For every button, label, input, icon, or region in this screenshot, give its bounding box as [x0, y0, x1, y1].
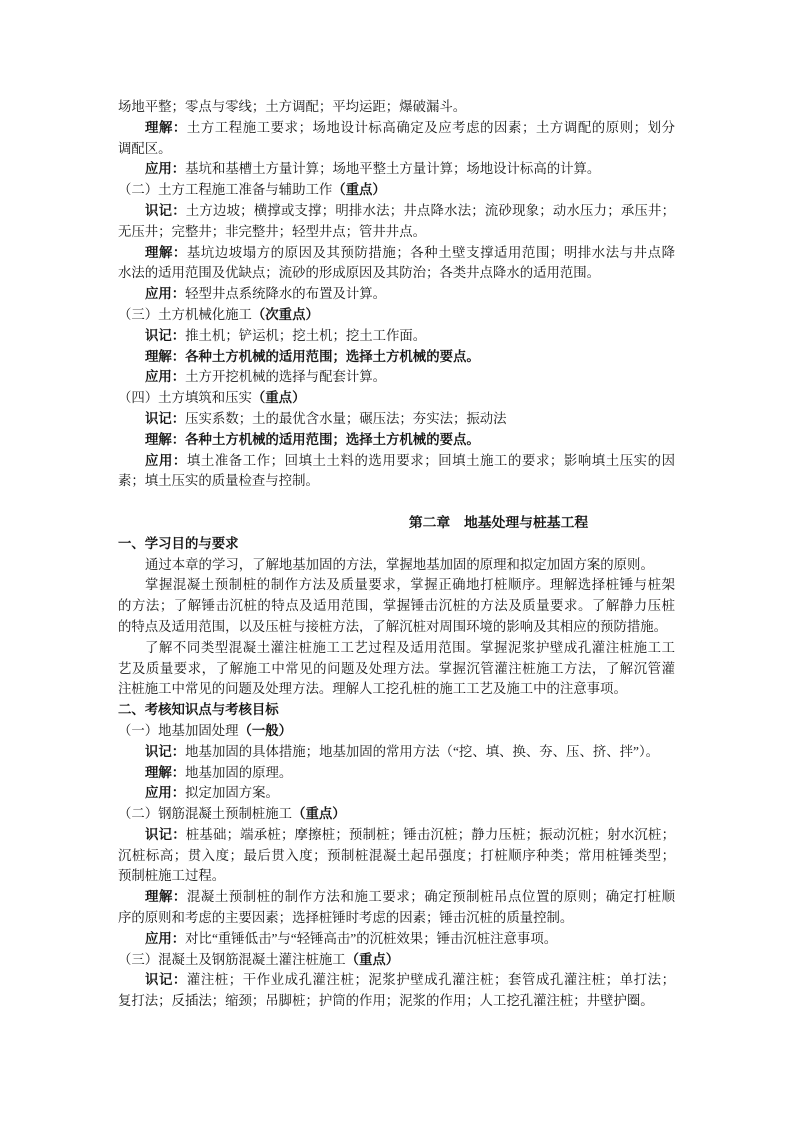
text-segment: 填土准备工作；回填土土料的选用要求；回填土施工的要求；影响填土压实的因	[187, 453, 675, 468]
text-line: 识记：土方边坡；横撑或支撑；明排水法；井点降水法；流砂现象；动水压力；承压井；	[118, 201, 675, 222]
section-heading: 一、学习目的与要求	[118, 534, 675, 555]
bold-text-segment: 理解：	[145, 889, 187, 904]
bold-text-segment: 理解：各种土方机械的适用范围；选择土方机械的要点。	[145, 432, 480, 447]
text-line: 应用：拟定加固方案。	[118, 783, 675, 804]
text-segment: （三）混凝土及钢筋混凝土灌注桩施工	[118, 952, 346, 967]
text-line: 预制桩施工过程。	[118, 866, 675, 887]
text-segment: 土方开挖机械的选择与配套计算。	[185, 369, 386, 384]
text-segment: 水法的适用范围及优缺点；流砂的形成原因及其防治；各类井点降水的适用范围。	[118, 265, 600, 280]
text-line: 识记：灌注桩；干作业成孔灌注桩；泥浆护壁成孔灌注桩；套管成孔灌注桩；单打法；	[118, 970, 675, 991]
text-segment: 的方法；了解锤击沉桩的特点及适用范围，掌握锤击沉桩的方法及质量要求。了解静力压桩	[118, 598, 675, 613]
text-line: 复打法；反插法；缩颈；吊脚桩；护筒的作用；泥浆的作用；人工挖孔灌注桩；井壁护圈。	[118, 991, 675, 1012]
text-segment: 调配区。	[118, 141, 172, 156]
text-line: 理解：各种土方机械的适用范围；选择土方机械的要点。	[118, 430, 675, 451]
bold-text-segment: （一般）	[239, 723, 293, 738]
bold-text-segment: 一、学习目的与要求	[118, 536, 239, 551]
text-line: 注桩施工中常见的问题及处理方法。理解人工挖孔桩的施工工艺及施工中的注意事项。	[118, 679, 675, 700]
text-line: 水法的适用范围及优缺点；流砂的形成原因及其防治；各类井点降水的适用范围。	[118, 263, 675, 284]
text-segment: 掌握混凝土预制桩的制作方法及质量要求，掌握正确地打桩顺序。理解选择桩锤与桩架	[145, 577, 675, 592]
text-line: 沉桩标高；贯入度；最后贯入度；预制桩混凝土起吊强度；打桩顺序种类；常用桩锤类型；	[118, 846, 675, 867]
text-line: 理解：混凝土预制桩的制作方法和施工要求；确定预制桩吊点位置的原则；确定打桩顺	[118, 887, 675, 908]
bold-text-segment: 理解：	[145, 120, 187, 135]
subsection-heading: （二）土方工程施工准备与辅助工作（重点）	[118, 180, 675, 201]
bold-text-segment: 识记：	[145, 744, 185, 759]
subsection-heading: （三）土方机械化施工（次重点）	[118, 305, 675, 326]
bold-text-segment: 识记：	[145, 972, 187, 987]
text-segment: （二）土方工程施工准备与辅助工作	[118, 182, 332, 197]
text-segment: 土方边坡；横撑或支撑；明排水法；井点降水法；流砂现象；动水压力；承压井；	[186, 203, 675, 218]
bold-text-segment: 识记：	[145, 827, 186, 842]
bold-text-segment: 应用：	[145, 453, 187, 468]
bold-text-segment: （重点）	[332, 182, 386, 197]
bold-text-segment: 识记：	[145, 328, 185, 343]
text-segment: 了解不同类型混凝土灌注桩施工工艺过程及适用范围。掌握泥浆护壁成孔灌注桩施工工	[145, 640, 675, 655]
chapter-heading: 第二章 地基处理与桩基工程	[118, 513, 675, 534]
text-segment: 通过本章的学习，了解地基加固的方法，掌握地基加固的原理和拟定加固方案的原则。	[145, 557, 654, 572]
bold-text-segment: （重点）	[252, 390, 306, 405]
bold-text-segment: 应用：	[145, 286, 185, 301]
subsection-heading: （一）地基加固处理（一般）	[118, 721, 675, 742]
text-segment: 序的原则和考虑的主要因素；选择桩锤时考虑的因素；锤击沉桩的质量控制。	[118, 910, 573, 925]
subsection-heading: （三）混凝土及钢筋混凝土灌注桩施工（重点）	[118, 950, 675, 971]
text-segment: 无压井；完整井；非完整井；轻型井点；管井井点。	[118, 224, 426, 239]
subsection-heading: （四）土方填筑和压实（重点）	[118, 388, 675, 409]
text-segment: （二）钢筋混凝土预制桩施工	[118, 806, 292, 821]
text-line: 识记：压实系数；土的最优含水量；碾压法；夯实法；振动法	[118, 409, 675, 430]
text-line: 理解：各种土方机械的适用范围；选择土方机械的要点。	[118, 347, 675, 368]
bold-text-segment: 理解：	[145, 765, 185, 780]
bold-text-segment: （次重点）	[252, 307, 319, 322]
text-line: 的特点及适用范围，以及压桩与接桩方法，了解沉桩对周围环境的影响及其相应的预防措施…	[118, 617, 675, 638]
text-line: 理解：地基加固的原理。	[118, 763, 675, 784]
text-line: 应用：填土准备工作；回填土土料的选用要求；回填土施工的要求；影响填土压实的因	[118, 451, 675, 472]
text-segment: 对比“重锤低击”与“轻锤高击”的沉桩效果；锤击沉桩注意事项。	[185, 931, 557, 946]
text-segment: 轻型井点系统降水的布置及计算。	[185, 286, 386, 301]
text-segment: 复打法；反插法；缩颈；吊脚桩；护筒的作用；泥浆的作用；人工挖孔灌注桩；井壁护圈。	[118, 993, 654, 1008]
bold-text-segment: 应用：	[145, 785, 185, 800]
text-line: 应用：土方开挖机械的选择与配套计算。	[118, 367, 675, 388]
text-line: 应用：对比“重锤低击”与“轻锤高击”的沉桩效果；锤击沉桩注意事项。	[118, 929, 675, 950]
text-line: 应用：基坑和基槽土方量计算；场地平整土方量计算；场地设计标高的计算。	[118, 159, 675, 180]
text-line: 场地平整；零点与零线；土方调配；平均运距；爆破漏斗。	[118, 97, 675, 118]
text-segment: （四）土方填筑和压实	[118, 390, 252, 405]
text-segment: 预制桩施工过程。	[118, 868, 225, 883]
text-line: 调配区。	[118, 139, 675, 160]
text-segment: 场地平整；零点与零线；土方调配；平均运距；爆破漏斗。	[118, 99, 466, 114]
text-line: 无压井；完整井；非完整井；轻型井点；管井井点。	[118, 222, 675, 243]
bold-text-segment: 应用：	[145, 931, 185, 946]
text-line: 素；填土压实的质量检查与控制。	[118, 471, 675, 492]
text-segment: （一）地基加固处理	[118, 723, 239, 738]
bold-text-segment: 二、考核知识点与考核目标	[118, 702, 279, 717]
bold-text-segment: 理解：各种土方机械的适用范围；选择土方机械的要点。	[145, 349, 480, 364]
bold-text-segment: 理解：	[145, 245, 187, 260]
bold-text-segment: 识记：	[145, 411, 185, 426]
text-line: 识记：桩基础；端承桩；摩擦桩；预制桩；锤击沉桩；静力压桩；振动沉桩；射水沉桩；	[118, 825, 675, 846]
bold-text-segment: 第二章 地基处理与桩基工程	[409, 515, 588, 530]
text-segment: 基坑边坡塌方的原因及其预防措施；各种土壁支撑适用范围；明排水法与井点降	[187, 245, 675, 260]
text-line: 识记：推土机；铲运机；挖土机；挖土工作面。	[118, 326, 675, 347]
subsection-heading: （二）钢筋混凝土预制桩施工（重点）	[118, 804, 675, 825]
bold-text-segment: 应用：	[145, 369, 185, 384]
text-segment: 桩基础；端承桩；摩擦桩；预制桩；锤击沉桩；静力压桩；振动沉桩；射水沉桩；	[186, 827, 675, 842]
text-segment: 压实系数；土的最优含水量；碾压法；夯实法；振动法	[185, 411, 506, 426]
text-segment: 注桩施工中常见的问题及处理方法。理解人工挖孔桩的施工工艺及施工中的注意事项。	[118, 681, 627, 696]
text-line: 理解：基坑边坡塌方的原因及其预防措施；各种土壁支撑适用范围；明排水法与井点降	[118, 243, 675, 264]
bold-text-segment: 应用：	[145, 161, 185, 176]
text-segment: 基坑和基槽土方量计算；场地平整土方量计算；场地设计标高的计算。	[185, 161, 600, 176]
text-line: 识记：地基加固的具体措施；地基加固的常用方法（“挖、填、换、夯、压、挤、拌”）。	[118, 742, 675, 763]
text-segment: 素；填土压实的质量检查与控制。	[118, 473, 319, 488]
text-segment: 推土机；铲运机；挖土机；挖土工作面。	[185, 328, 426, 343]
text-segment: 艺及质量要求，了解施工中常见的问题及处理方法。掌握沉管灌注桩施工方法，了解沉管灌	[118, 661, 675, 676]
document-content: 场地平整；零点与零线；土方调配；平均运距；爆破漏斗。理解：土方工程施工要求；场地…	[118, 97, 675, 1012]
blank-line	[118, 492, 675, 513]
text-segment: 混凝土预制桩的制作方法和施工要求；确定预制桩吊点位置的原则；确定打桩顺	[187, 889, 675, 904]
text-segment: 地基加固的具体措施；地基加固的常用方法（“挖、填、换、夯、压、挤、拌”）。	[185, 744, 659, 759]
text-segment: 地基加固的原理。	[185, 765, 292, 780]
document-page: 场地平整；零点与零线；土方调配；平均运距；爆破漏斗。理解：土方工程施工要求；场地…	[0, 0, 793, 1122]
text-segment: 的特点及适用范围，以及压桩与接桩方法，了解沉桩对周围环境的影响及其相应的预防措施…	[118, 619, 667, 634]
text-line: 艺及质量要求，了解施工中常见的问题及处理方法。掌握沉管灌注桩施工方法，了解沉管灌	[118, 659, 675, 680]
text-segment: 土方工程施工要求；场地设计标高确定及应考虑的因素；土方调配的原则；划分	[187, 120, 675, 135]
text-line: 的方法；了解锤击沉桩的特点及适用范围，掌握锤击沉桩的方法及质量要求。了解静力压桩	[118, 596, 675, 617]
text-line: 了解不同类型混凝土灌注桩施工工艺过程及适用范围。掌握泥浆护壁成孔灌注桩施工工	[118, 638, 675, 659]
text-line: 理解：土方工程施工要求；场地设计标高确定及应考虑的因素；土方调配的原则；划分	[118, 118, 675, 139]
section-heading: 二、考核知识点与考核目标	[118, 700, 675, 721]
text-segment: 拟定加固方案。	[185, 785, 279, 800]
text-line: 序的原则和考虑的主要因素；选择桩锤时考虑的因素；锤击沉桩的质量控制。	[118, 908, 675, 929]
text-segment: 灌注桩；干作业成孔灌注桩；泥浆护壁成孔灌注桩；套管成孔灌注桩；单打法；	[187, 972, 675, 987]
bold-text-segment: 识记：	[145, 203, 186, 218]
text-segment: （三）土方机械化施工	[118, 307, 252, 322]
text-line: 应用：轻型井点系统降水的布置及计算。	[118, 284, 675, 305]
bold-text-segment: （重点）	[292, 806, 346, 821]
text-line: 通过本章的学习，了解地基加固的方法，掌握地基加固的原理和拟定加固方案的原则。	[118, 555, 675, 576]
text-segment: 沉桩标高；贯入度；最后贯入度；预制桩混凝土起吊强度；打桩顺序种类；常用桩锤类型；	[118, 848, 675, 863]
bold-text-segment: （重点）	[346, 952, 400, 967]
text-line: 掌握混凝土预制桩的制作方法及质量要求，掌握正确地打桩顺序。理解选择桩锤与桩架	[118, 575, 675, 596]
